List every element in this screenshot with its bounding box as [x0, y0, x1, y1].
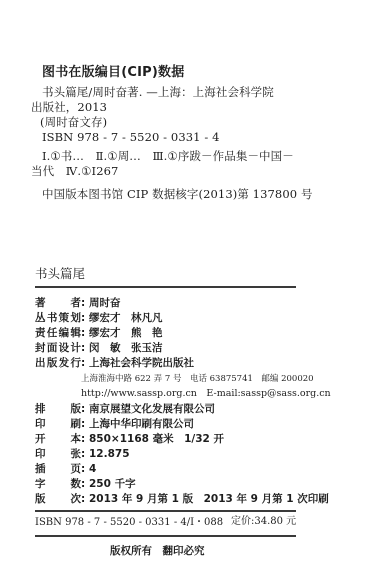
label-char: 张 [71, 449, 82, 460]
publisher-web-email: http://www.sassp.org.cn E-mail:sassp@sas… [81, 389, 331, 399]
credit-row-cover-design: 封 面 设 计 : 闵 敏 张玉洁 [35, 343, 163, 354]
credit-row-publisher: 出 版 发 行 : 上海社会科学院出版社 [35, 358, 194, 369]
colon: : [81, 434, 89, 445]
isbn-top-divider [35, 510, 296, 512]
spec-value: 850×1168 毫米 1/32 开 [89, 434, 224, 445]
spec-label: 印 刷 [35, 419, 81, 430]
label-char: 出 [35, 358, 46, 369]
spec-label: 排 版 [35, 404, 81, 415]
spec-label: 字 数 [35, 479, 81, 490]
spec-row-edition: 版 次 : 2013 年 9 月第 1 版 2013 年 9 月第 1 次印刷 [35, 494, 329, 505]
spec-label: 开 本 [35, 434, 81, 445]
price: 定价:34.80 元 [231, 517, 296, 527]
colon: : [81, 343, 89, 354]
label-char: 编 [59, 328, 70, 339]
isbn-full: ISBN 978 - 7 - 5520 - 0331 - 4/I・088 [35, 518, 223, 528]
label-char: 页 [71, 464, 82, 475]
cip-line-publisher-year: 出版社，2013 [31, 102, 107, 114]
credit-value: 闵 敏 张玉洁 [89, 343, 163, 354]
cip-line-title-author: 书头篇尾/周时奋著. —上海：上海社会科学院 [42, 87, 274, 99]
book-title: 书头篇尾 [35, 268, 85, 281]
spec-row-word-count: 字 数 : 250 千字 [35, 479, 136, 490]
spec-value: 4 [89, 464, 96, 475]
label-char: 排 [35, 404, 46, 415]
credit-label: 责 任 编 辑 [35, 328, 81, 339]
colon: : [81, 479, 89, 490]
spec-row-printing: 印 刷 : 上海中华印刷有限公司 [35, 419, 194, 430]
cip-line-isbn: ISBN 978 - 7 - 5520 - 0331 - 4 [42, 132, 220, 144]
label-char: 策 [59, 313, 70, 324]
label-char: 书 [47, 313, 58, 324]
label-char: 数 [71, 479, 82, 490]
colon: : [81, 464, 89, 475]
title-divider [35, 286, 296, 288]
label-char: 计 [70, 343, 81, 354]
credit-row-series-planner: 丛 书 策 划 : 缪宏才 林凡凡 [35, 313, 163, 324]
spec-row-format: 开 本 : 850×1168 毫米 1/32 开 [35, 434, 224, 445]
colon: : [81, 419, 89, 430]
credit-value: 周时奋 [89, 298, 121, 309]
spec-label: 印 张 [35, 449, 81, 460]
isbn-bottom-divider [35, 535, 296, 537]
spec-label: 插 页 [35, 464, 81, 475]
credit-row-editor: 责 任 编 辑 : 缪宏才 熊 艳 [35, 328, 163, 339]
label-char: 版 [71, 404, 82, 415]
label-char: 任 [47, 328, 58, 339]
cip-line-classification-cont: 当代 Ⅳ.①I267 [31, 166, 118, 178]
label-char: 行 [70, 358, 81, 369]
label-char: 发 [59, 358, 70, 369]
credit-value: 上海社会科学院出版社 [89, 358, 194, 369]
cip-line-classification: Ⅰ.①书… Ⅱ.①周… Ⅲ.①序跋－作品集－中国－ [42, 151, 294, 163]
colon: : [81, 494, 89, 505]
label-char: 封 [35, 343, 46, 354]
spec-value: 12.875 [89, 449, 130, 460]
label-char: 者 [71, 298, 82, 309]
credit-label: 著 者 [35, 298, 81, 309]
colon: : [81, 328, 89, 339]
colon: : [81, 358, 89, 369]
label-char: 划 [70, 313, 81, 324]
spec-value: 250 千字 [89, 479, 136, 490]
label-char: 字 [35, 479, 46, 490]
credit-value: 缪宏才 林凡凡 [89, 313, 163, 324]
spec-label: 版 次 [35, 494, 81, 505]
label-char: 辑 [70, 328, 81, 339]
colon: : [81, 298, 89, 309]
label-char: 著 [35, 298, 46, 309]
publisher-address: 上海淮海中路 622 弄 7 号 电话 63875741 邮编 200020 [81, 375, 314, 384]
label-char: 开 [35, 434, 46, 445]
spec-value: 南京展望文化发展有限公司 [89, 404, 215, 415]
label-char: 印 [35, 419, 46, 430]
colon: : [81, 404, 89, 415]
credit-label: 出 版 发 行 [35, 358, 81, 369]
spec-value: 2013 年 9 月第 1 版 2013 年 9 月第 1 次印刷 [89, 494, 329, 505]
label-char: 刷 [71, 419, 82, 430]
label-char: 插 [35, 464, 46, 475]
spec-row-sheets: 印 张 : 12.875 [35, 449, 130, 460]
cip-line-series: (周时奋文存) [40, 117, 107, 129]
spec-row-typesetting: 排 版 : 南京展望文化发展有限公司 [35, 404, 215, 415]
colon: : [81, 313, 89, 324]
colon: : [81, 449, 89, 460]
label-char: 本 [71, 434, 82, 445]
copyright-notice: 版权所有 翻印必究 [110, 546, 205, 557]
label-char: 设 [59, 343, 70, 354]
label-char: 版 [35, 494, 46, 505]
credit-label: 丛 书 策 划 [35, 313, 81, 324]
spec-row-inserts: 插 页 : 4 [35, 464, 96, 475]
label-char: 版 [47, 358, 58, 369]
cip-line-catalog-number: 中国版本图书馆 CIP 数据核字(2013)第 137800 号 [42, 189, 313, 201]
label-char: 丛 [35, 313, 46, 324]
credit-value: 缪宏才 熊 艳 [89, 328, 163, 339]
credit-row-author: 著 者 : 周时奋 [35, 298, 121, 309]
label-char: 责 [35, 328, 46, 339]
cip-heading: 图书在版编目(CIP)数据 [42, 66, 184, 79]
spec-value: 上海中华印刷有限公司 [89, 419, 194, 430]
label-char: 印 [35, 449, 46, 460]
label-char: 面 [47, 343, 58, 354]
label-char: 次 [71, 494, 82, 505]
credit-label: 封 面 设 计 [35, 343, 81, 354]
